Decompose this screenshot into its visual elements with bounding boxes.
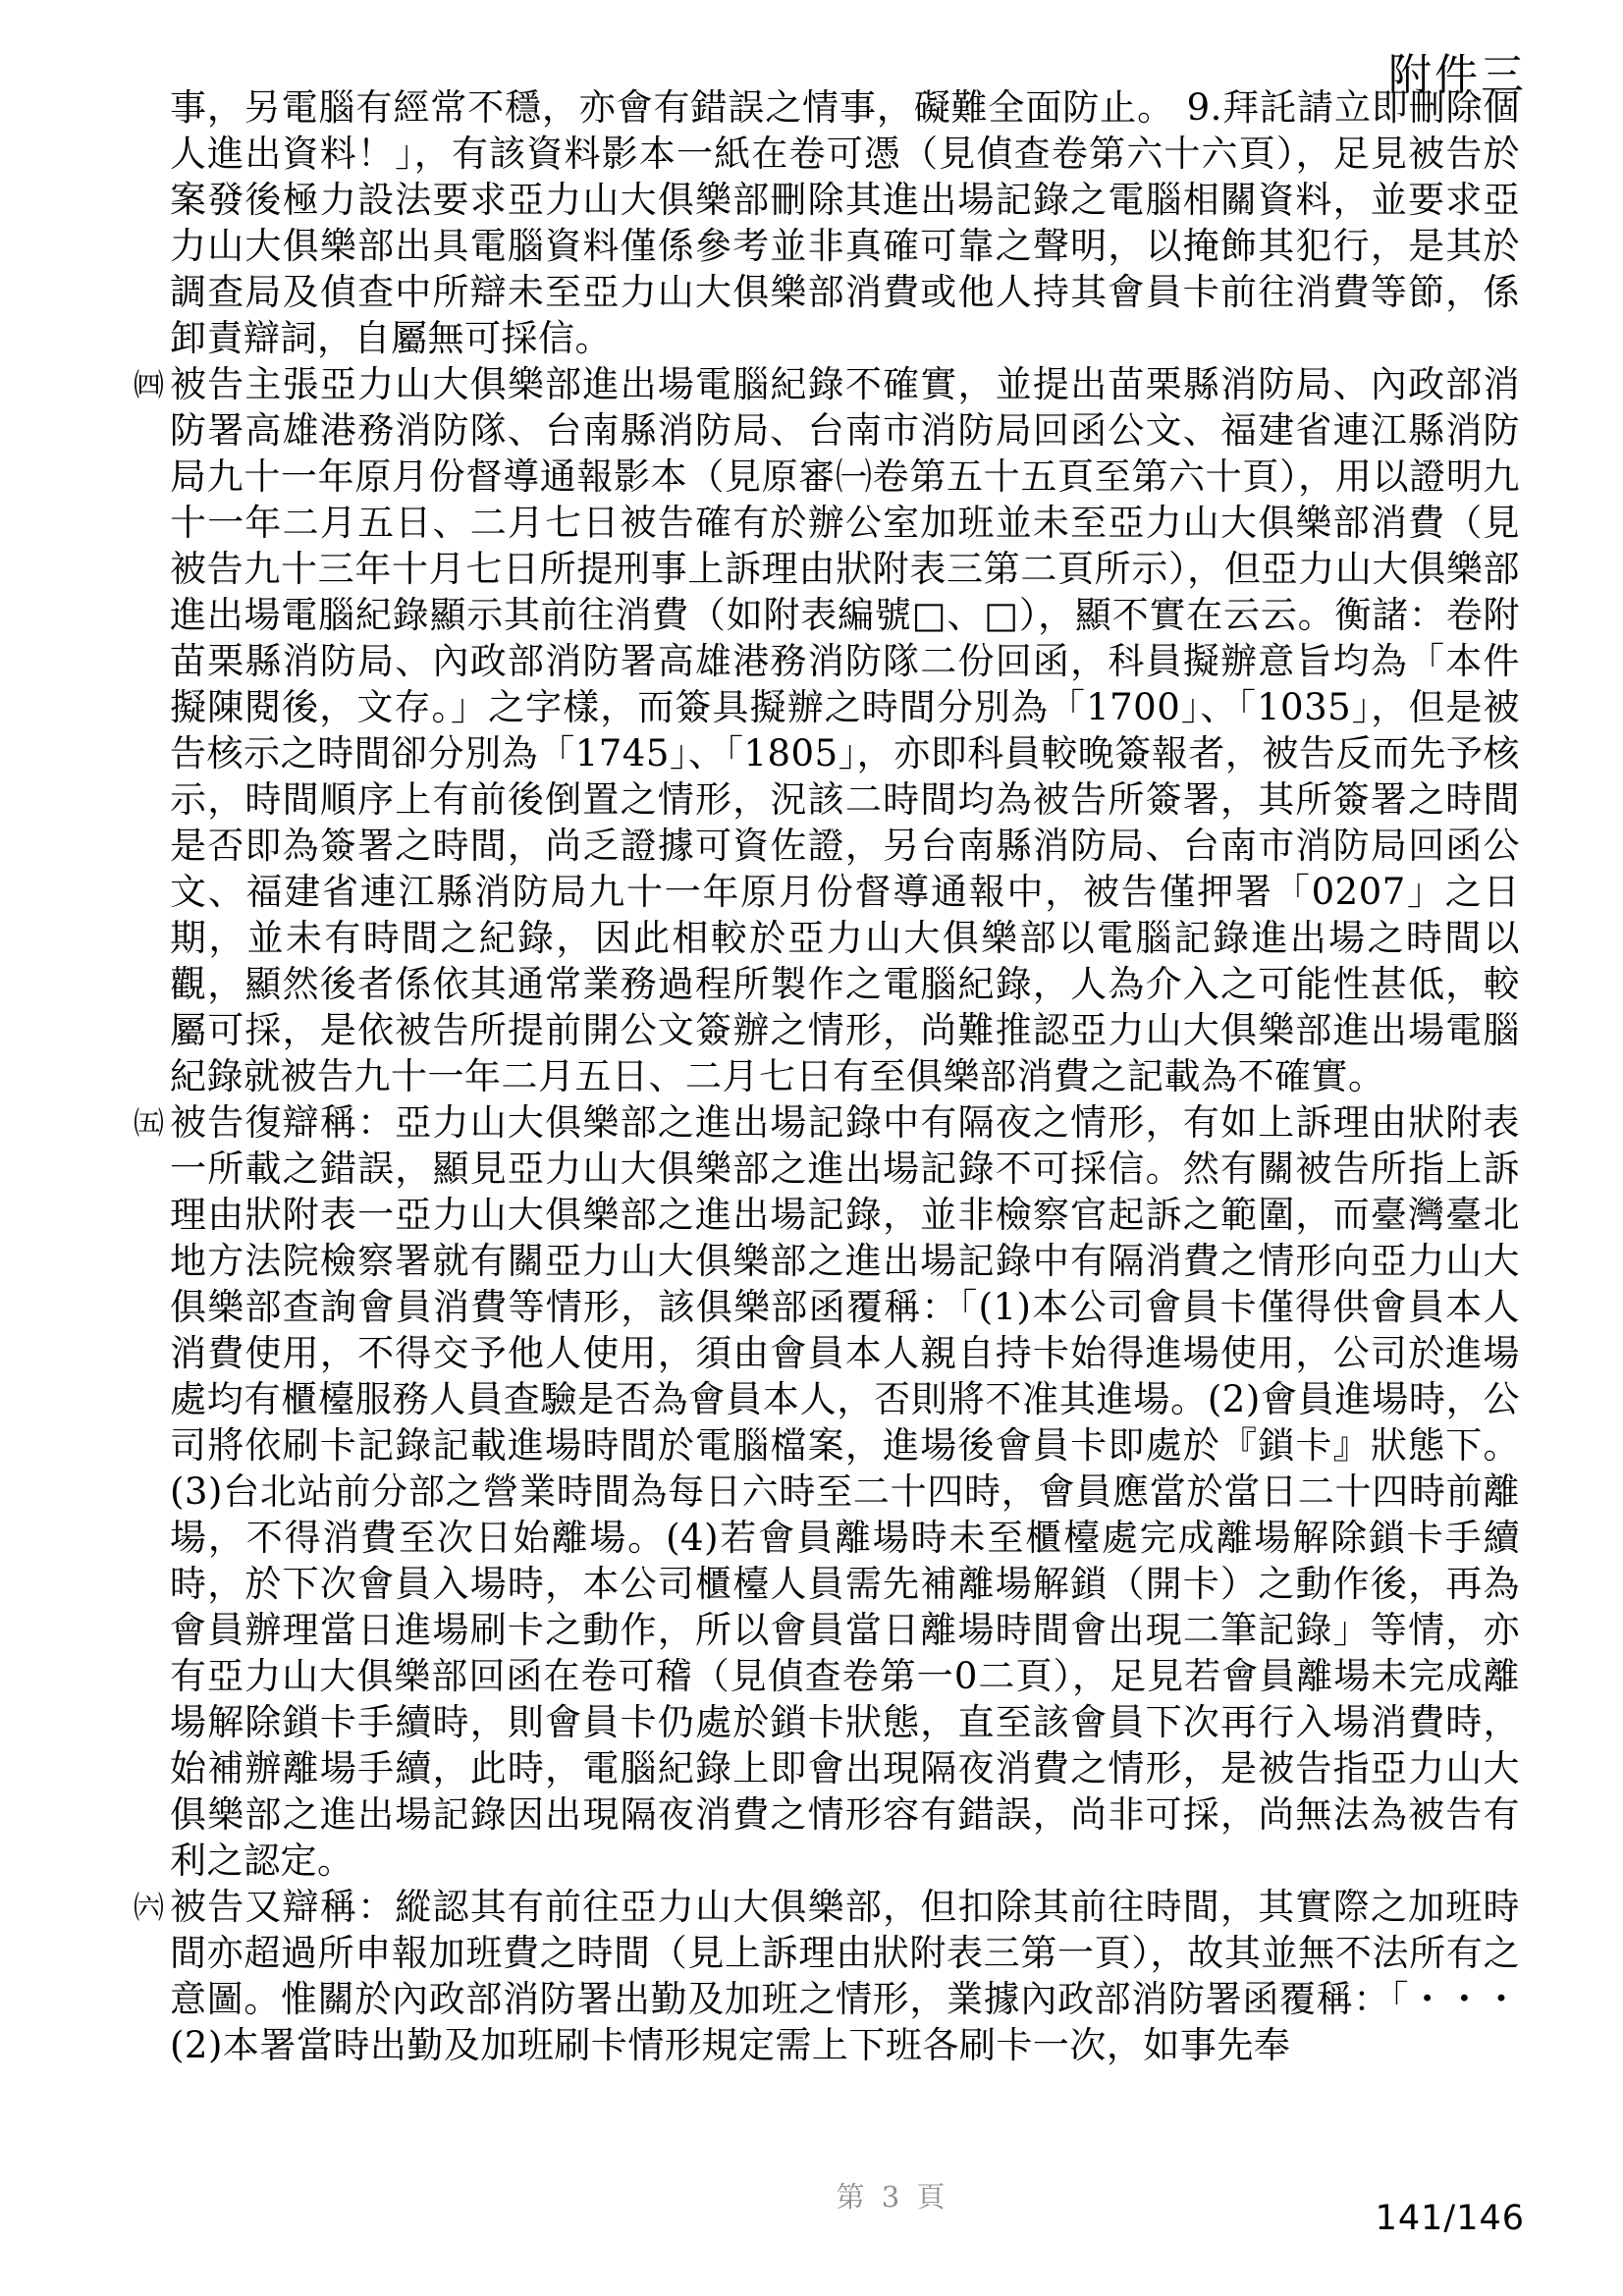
document-body: 事，另電腦有經常不穩，亦會有錯誤之情事，礙難全面防止。 9.拜託請立即刪除個人進… <box>134 84 1520 2068</box>
paragraph-text: 事，另電腦有經常不穩，亦會有錯誤之情事，礙難全面防止。 9.拜託請立即刪除個人進… <box>170 86 1520 359</box>
paragraph-text: 被告主張亞力山大俱樂部進出場電腦紀錄不確實，並提出苗栗縣消防局、內政部消防署高雄… <box>170 363 1520 1097</box>
paragraph: ㈥ 被告又辯稱：縱認其有前往亞力山大俱樂部，但扣除其前往時間，其實際之加班時間亦… <box>134 1884 1520 2068</box>
document-page: 附件三 事，另電腦有經常不穩，亦會有錯誤之情事，礙難全面防止。 9.拜託請立即刪… <box>0 0 1623 2296</box>
paragraph: ㈤ 被告復辯稱：亞力山大俱樂部之進出場記錄中有隔夜之情形，有如上訴理由狀附表一所… <box>134 1099 1520 1884</box>
sheet-number: 141/146 <box>1376 2199 1525 2238</box>
paragraph-marker: ㈣ <box>134 363 165 409</box>
paragraph-marker: ㈤ <box>134 1101 165 1148</box>
paragraph: ㈣ 被告主張亞力山大俱樂部進出場電腦紀錄不確實，並提出苗栗縣消防局、內政部消防署… <box>134 361 1520 1099</box>
paragraph-text: 被告又辯稱：縱認其有前往亞力山大俱樂部，但扣除其前往時間，其實際之加班時間亦超過… <box>170 1886 1520 2066</box>
paragraph: 事，另電腦有經常不穩，亦會有錯誤之情事，礙難全面防止。 9.拜託請立即刪除個人進… <box>134 84 1520 361</box>
paragraph-text: 被告復辯稱：亞力山大俱樂部之進出場記錄中有隔夜之情形，有如上訴理由狀附表一所載之… <box>170 1101 1520 1882</box>
paragraph-marker: ㈥ <box>134 1886 165 1932</box>
